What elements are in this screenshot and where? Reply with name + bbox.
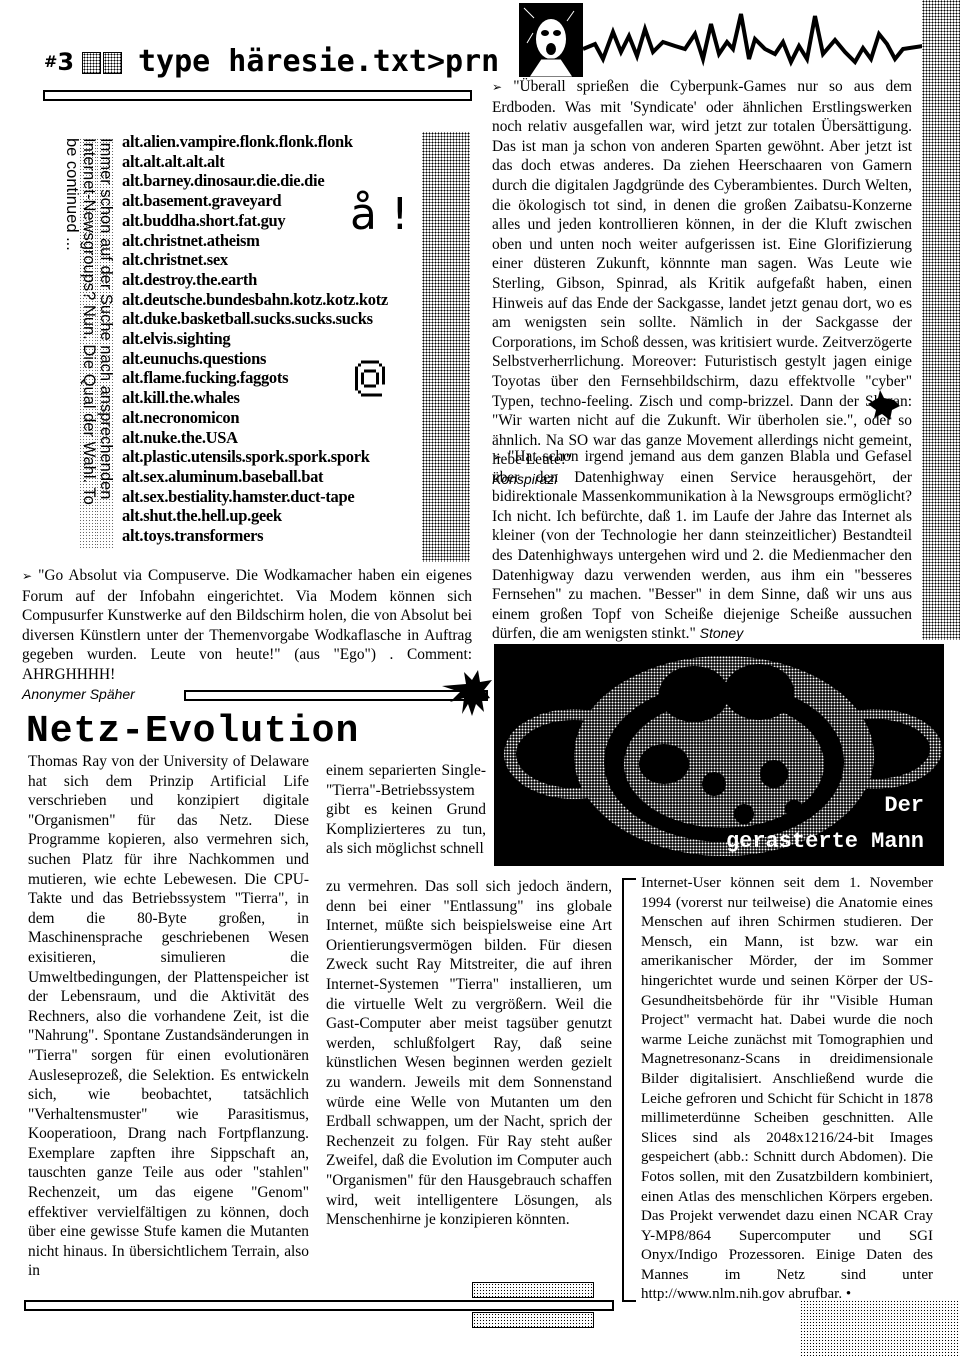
ink-splat-icon	[438, 668, 494, 718]
newsgroup-item: alt.plastic.utensils.spork.spork.spork	[122, 447, 388, 467]
right-dither-stripe	[922, 0, 960, 640]
newsgroup-item: alt.toys.transformers	[122, 526, 388, 546]
newsgroup-item: alt.christnet.sex	[122, 250, 388, 270]
quote-cyberpunk: ➢ "Überall sprießen die Cyberpunk-Games …	[492, 77, 912, 489]
article-title: Netz-Evolution	[26, 710, 359, 753]
a-ring-exclamation-glyph: å !	[350, 193, 409, 237]
floppy-icon	[103, 52, 122, 74]
newsgroup-item: alt.barney.dinosaur.die.die.die	[122, 171, 388, 191]
waveform-graphic	[583, 4, 923, 74]
screaming-face-image	[519, 3, 583, 77]
bullet-arrow-icon: ➢	[492, 80, 502, 94]
newsgroup-item: alt.buddha.short.fat.guy	[122, 211, 388, 231]
newsgroup-item: alt.basement.graveyard	[122, 191, 388, 211]
ink-splat-icon	[864, 390, 900, 424]
article-column-1: Thomas Ray von der University of Delawar…	[28, 752, 309, 1281]
column-bracket	[622, 878, 636, 1302]
quote-author: Stoney	[700, 625, 744, 641]
vertical-text-line: be continued ...	[63, 138, 80, 548]
corner-dither	[800, 1300, 960, 1356]
newsgroup-item: alt.necronomicon	[122, 408, 388, 428]
newsgroup-item: alt.christnet.atheism	[122, 231, 388, 251]
newsgroup-item: alt.flame.fucking.faggots	[122, 368, 388, 388]
list-dither-stripe	[422, 132, 470, 562]
vertical-text-line: Internet-Newsgroups? Nun. Die Qual der W…	[80, 138, 97, 548]
at-sign-icon	[352, 360, 388, 400]
quote-text: "Go Absolut via Compuserve. Die Wodkamac…	[22, 567, 472, 683]
newsgroup-item: alt.destroy.the.earth	[122, 270, 388, 290]
newsgroup-item: alt.sex.bestiality.hamster.duct-tape	[122, 487, 388, 507]
footer-rule-bar	[24, 1300, 614, 1311]
quote-author: Anonymer Späher	[22, 686, 135, 702]
newsgroup-item: alt.shut.the.hell.up.geek	[122, 506, 388, 526]
bullet-arrow-icon: ➢	[22, 569, 32, 583]
newsgroup-item: alt.duke.basketball.sucks.sucks.sucks	[122, 309, 388, 329]
floppy-icons	[82, 52, 122, 74]
newsgroup-item: alt.alt.alt.alt.alt	[122, 152, 388, 172]
ct-scan-image: Der gerasterte Mann	[494, 644, 944, 866]
header-rule-bar	[43, 90, 472, 101]
bullet-arrow-icon: ➢	[492, 450, 502, 464]
dither-box	[472, 1312, 594, 1328]
floppy-icon	[82, 52, 101, 74]
caption-line: gerasterte Mann	[726, 824, 924, 860]
quote-datenhighway: ➢ "Hat schon irgend jemand aus dem ganze…	[492, 447, 912, 644]
issue-number-digit: 3	[57, 48, 74, 76]
image-caption: Der gerasterte Mann	[726, 788, 924, 860]
vertical-intro-text: Immer schon auf der Suche nach anspreche…	[44, 138, 114, 548]
quote-absolut: ➢ "Go Absolut via Compuserve. Die Wodkam…	[22, 566, 472, 704]
article-column-2: zu vermehren. Das soll sich jedoch änder…	[326, 877, 612, 1230]
newsgroup-item: alt.eunuchs.questions	[122, 349, 388, 369]
newsgroup-item: alt.alien.vampire.flonk.flonk.flonk	[122, 132, 388, 152]
newsgroup-item: alt.sex.aluminum.baseball.bat	[122, 467, 388, 487]
dither-box	[472, 1282, 594, 1298]
article-column-2-top: einem separierten Single-"Tierra"-Betrie…	[326, 761, 486, 859]
page-title: type häresie.txt>prn	[138, 44, 499, 79]
newsgroup-item: alt.deutsche.bundesbahn.kotz.kotz.kotz	[122, 290, 388, 310]
newsgroup-item: alt.nuke.the.USA	[122, 428, 388, 448]
quote-text: "Hat schon irgend jemand aus dem ganzen …	[492, 448, 912, 642]
newsgroup-list: alt.alien.vampire.flonk.flonk.flonk alt.…	[122, 132, 388, 546]
caption-line: Der	[726, 788, 924, 824]
quote-text: "Überall sprießen die Cyberpunk-Games nu…	[492, 78, 912, 468]
article-visible-human: Internet-User können seit dem 1. Novembe…	[641, 874, 933, 1305]
newsgroup-item: alt.elvis.sighting	[122, 329, 388, 349]
issue-number: #3	[44, 48, 74, 76]
vertical-text-line: Immer schon auf der Suche nach anspreche…	[97, 138, 114, 548]
newsgroup-item: alt.kill.the.whales	[122, 388, 388, 408]
